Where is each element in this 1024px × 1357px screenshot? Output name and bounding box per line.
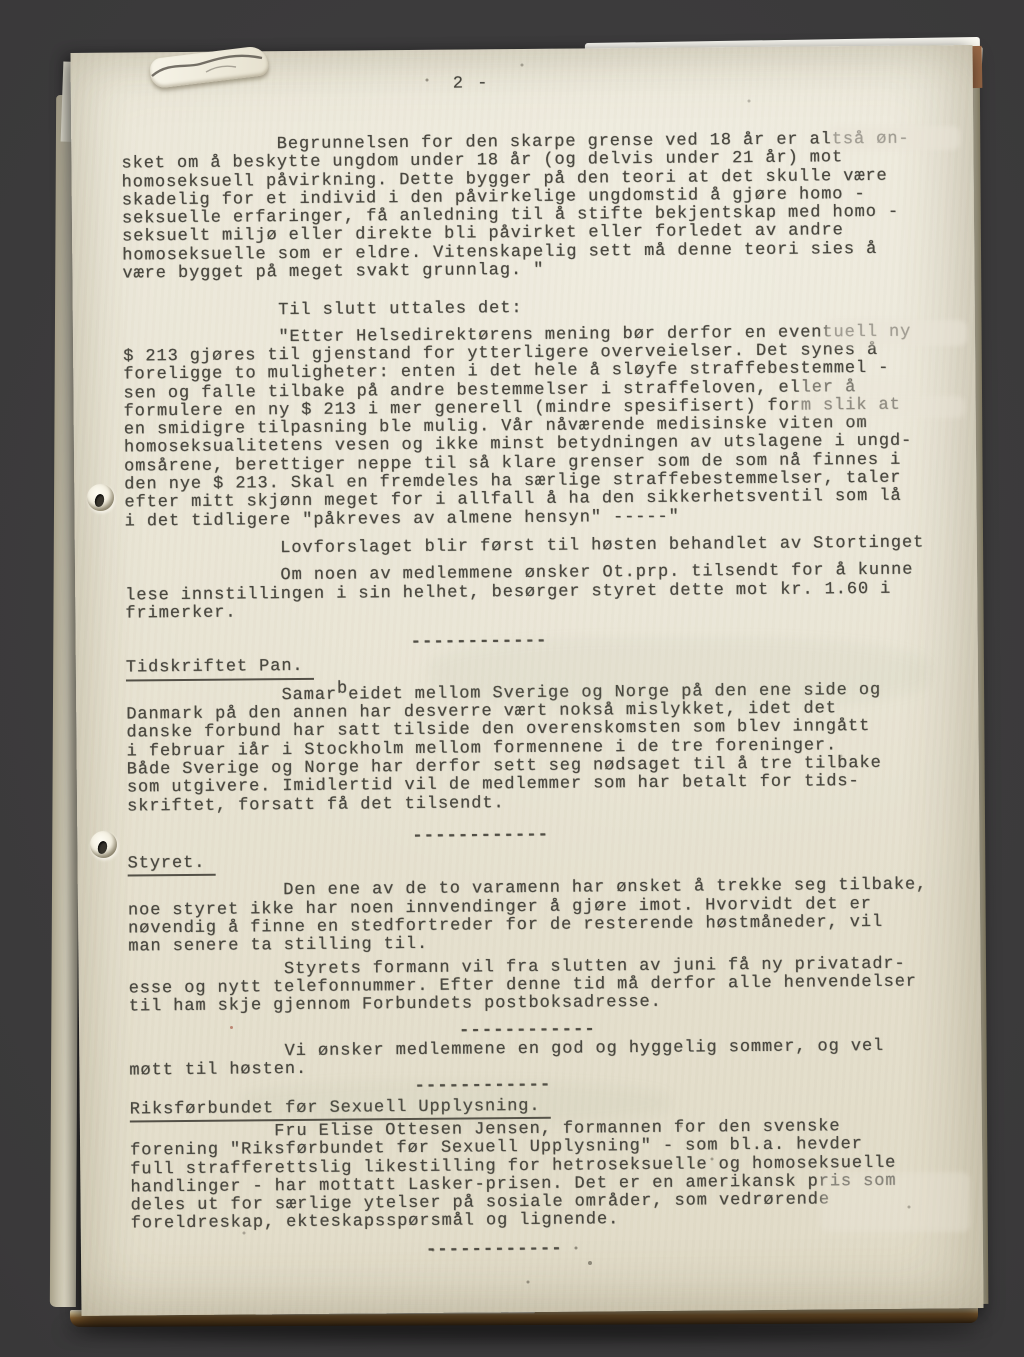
heading-tidskriftet-pan: Tidskriftet Pan. [126,653,956,682]
red-ink-speck [230,1026,233,1029]
separator-dashes: ------------ [414,1074,959,1097]
paragraph-formann-adresse: Styrets formann vil fra slutten av juni … [128,955,958,1017]
ink-specks [0,0,2,2]
typewritten-page: 2 - Begrunnelsen for den skarpe grense v… [71,45,984,1316]
paragraph-helsedirektoren-quote: "Etter Helsedirektørens mening bør derfo… [123,323,955,532]
separator-dashes: ------------ [411,629,956,652]
scanned-document-scene: 2 - Begrunnelsen for den skarpe grense v… [0,0,1024,1357]
paragraph-lovforslaget: Lovforslaget blir først til høsten behan… [125,534,955,560]
typewritten-text: Begrunnelsen for den skarpe grense ved 1… [121,45,962,1262]
heading-underlined-text: Tidskriftet Pan. [126,658,314,681]
paragraph-ottesen-jensen: Fru Elise Ottesen Jensen, formannen for … [130,1117,961,1234]
paragraph-varamenn: Den ene av de to varamenn har ønsket å t… [128,877,959,957]
paragraph-pan-cooperation: Samarbeidet mellom Sverige og Norge på d… [126,681,957,816]
paragraph-til-slutt: Til slutt uttales det: [123,297,953,323]
heading-underlined-text: Styret. [128,855,216,877]
punch-hole-bottom [90,831,117,858]
heading-underlined-text: Riksførbundet før Sexuell Upplysning. [130,1097,551,1122]
crease-mark [146,46,286,90]
paragraph-age-limit-rationale: Begrunnelsen for den skarpe grense ved 1… [121,130,952,284]
pan-raised-letter: b [337,679,348,698]
paragraph-ot-prp: Om noen av medlemmene ønsker Ot.prp. til… [125,561,955,623]
punch-hole-top [87,484,114,511]
separator-dashes: ------------ [426,1237,961,1260]
separator-dashes: ------------ [412,823,957,846]
heading-styret: Styret. [128,848,958,877]
